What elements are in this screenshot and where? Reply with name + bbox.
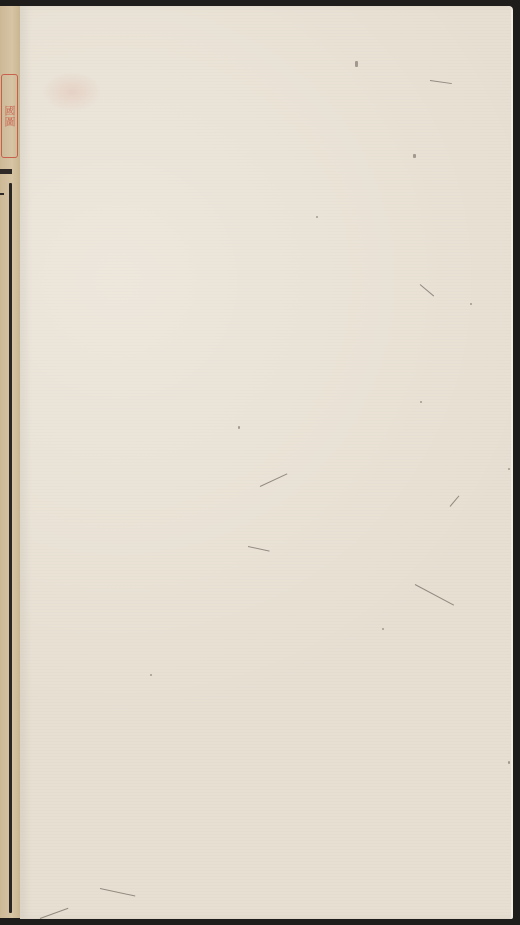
blank-page — [20, 6, 513, 919]
paper-fiber — [415, 584, 454, 606]
paper-fiber — [260, 473, 288, 487]
printed-border-line — [9, 183, 12, 913]
paper-speck — [413, 154, 416, 158]
paper-speck — [420, 401, 422, 403]
border-corner-mark — [0, 169, 12, 174]
paper-fiber — [248, 546, 270, 552]
paper-speck — [238, 426, 240, 429]
paper-speck — [355, 61, 358, 67]
seal-offset-ghost — [42, 72, 102, 112]
paper-speck — [316, 216, 318, 218]
border-tick-mark — [0, 193, 4, 195]
paper-fiber — [40, 908, 69, 919]
paper-speck — [508, 761, 510, 764]
paper-fiber — [100, 888, 135, 896]
paper-fiber — [450, 495, 460, 506]
paper-speck — [150, 674, 152, 676]
previous-leaf-edge: 國圖 — [0, 6, 20, 918]
paper-speck — [382, 628, 384, 630]
paper-speck — [508, 468, 510, 470]
red-seal-stamp: 國圖 — [1, 74, 18, 158]
scanned-page-view: 國圖 — [0, 0, 520, 925]
paper-fiber — [420, 284, 434, 296]
paper-speck — [470, 303, 472, 305]
paper-fiber — [430, 80, 452, 84]
